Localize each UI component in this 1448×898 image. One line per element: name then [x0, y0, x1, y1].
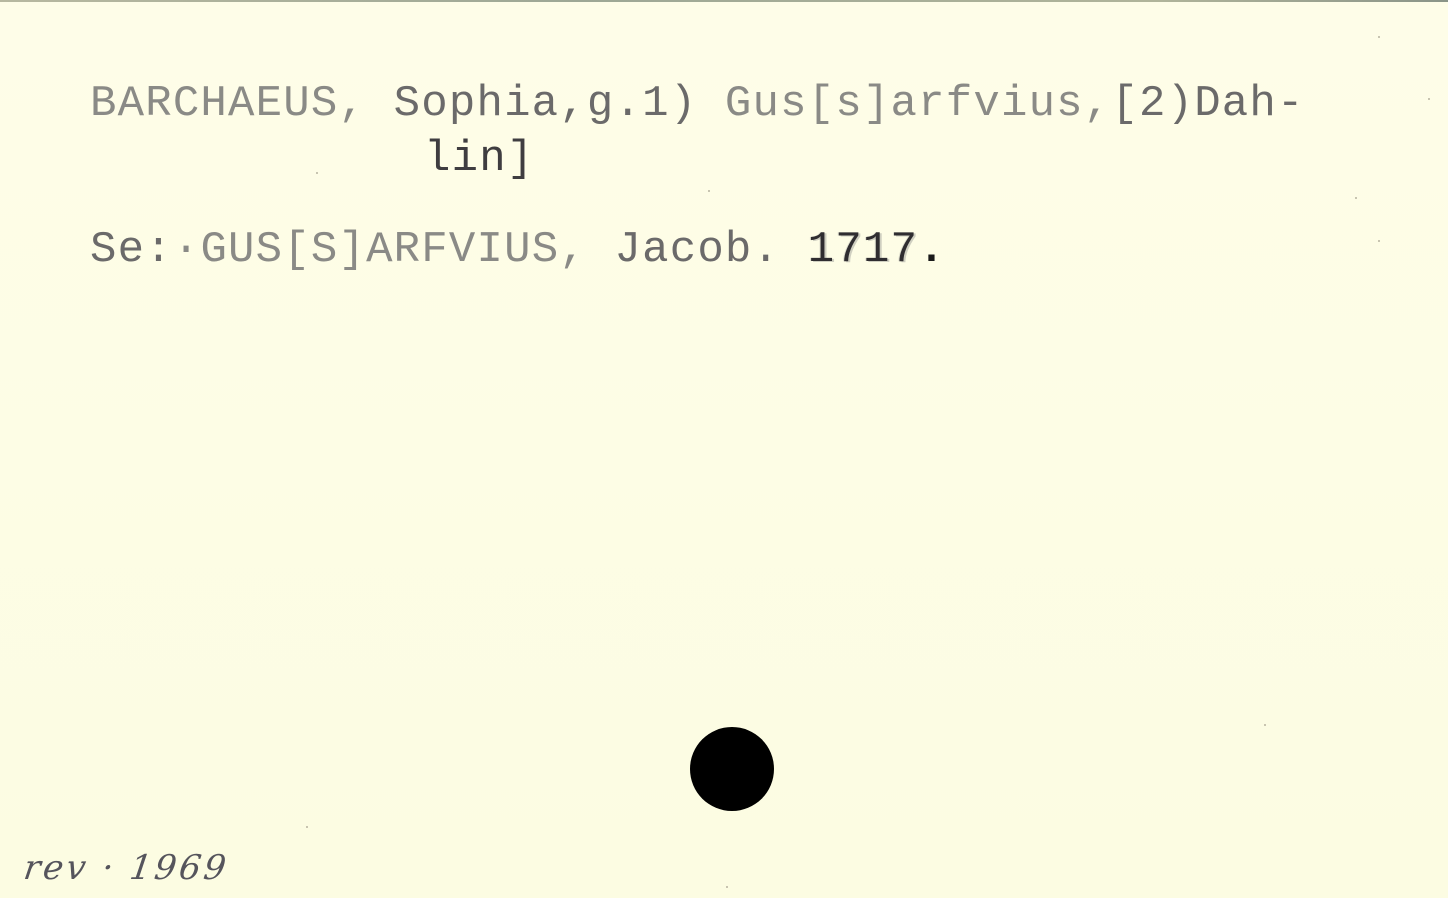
paper-speck — [1264, 724, 1266, 726]
paper-speck — [708, 190, 710, 192]
given-name: Sophia,g.1) — [394, 79, 698, 129]
paper-speck — [1378, 240, 1380, 242]
card-top-edge — [0, 0, 1448, 2]
reference-given-name: Jacob. — [615, 225, 781, 275]
punch-hole — [690, 727, 774, 811]
reference-year: 1717 — [808, 225, 918, 275]
paper-speck — [1355, 197, 1357, 199]
reference-surname: GUS[S]ARFVIUS, — [200, 225, 586, 275]
paper-speck — [316, 172, 318, 174]
surname: BARCHAEUS, — [90, 79, 366, 129]
paper-speck — [1378, 36, 1380, 38]
see-label: Se: — [90, 225, 173, 275]
paper-speck — [306, 826, 308, 828]
second-husband-continuation: lin] — [424, 137, 534, 181]
first-husband: Gus[s]arfvius, — [725, 79, 1111, 129]
second-husband-start: [2)Dah- — [1111, 79, 1304, 129]
handwritten-revision-note: rev · 1969 — [21, 848, 231, 888]
heading-line: BARCHAEUS, Sophia,g.1) Gus[s]arfvius,[2)… — [90, 82, 1305, 126]
see-reference-line: Se:·GUS[S]ARFVIUS, Jacob. 1717. — [90, 228, 946, 272]
paper-speck — [1428, 98, 1430, 100]
reference-period: . — [918, 225, 946, 275]
paper-speck — [726, 886, 728, 888]
catalog-card: BARCHAEUS, Sophia,g.1) Gus[s]arfvius,[2)… — [0, 0, 1448, 898]
